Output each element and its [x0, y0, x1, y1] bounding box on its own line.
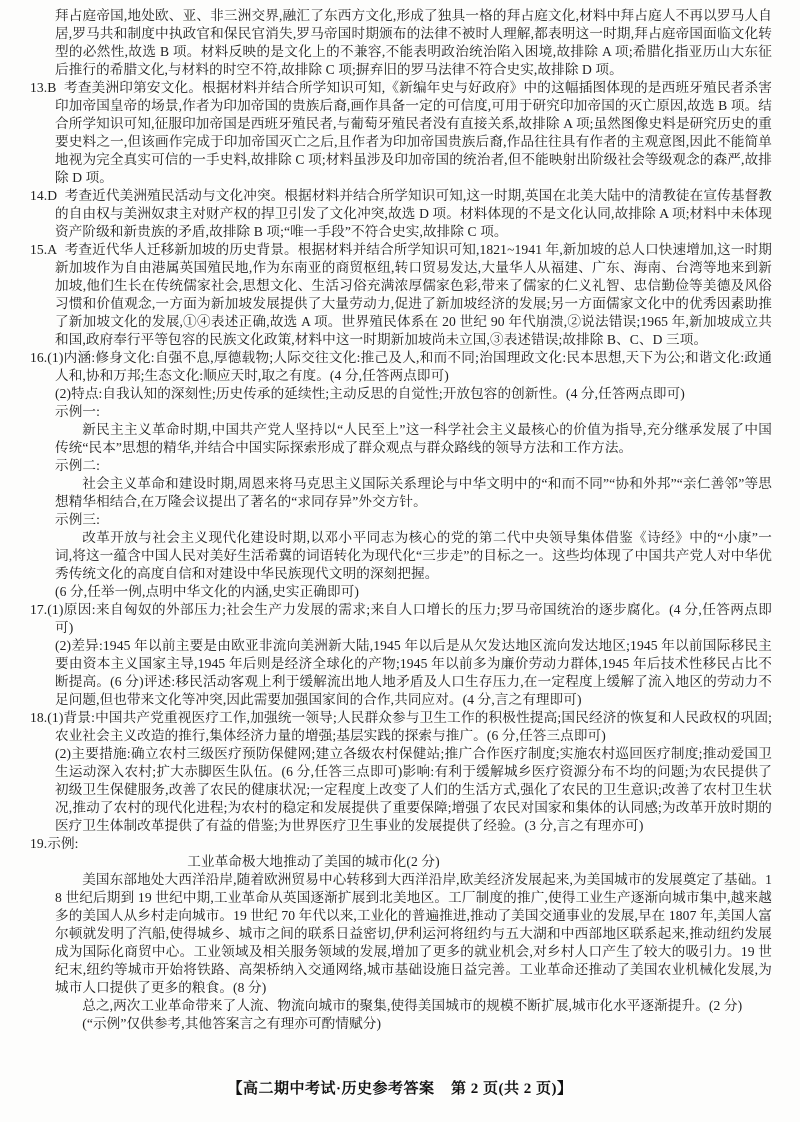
page-footer: 【高二期中考试·历史参考答案第 2 页(共 2 页)】 — [0, 1077, 800, 1098]
answer-item-14: 14.D考查近代美洲殖民活动与文化冲突。根据材料并结合所学知识可知,这一时期,英… — [30, 187, 772, 241]
footer-page-number: 第 2 页(共 2 页) — [451, 1081, 557, 1097]
document-page: 拜占庭帝国,地处欧、亚、非三洲交界,融汇了东西方文化,形成了独具一格的拜占庭文化… — [0, 0, 800, 1122]
answer-item-13: 13.B考查美洲印第安文化。根据材料并结合所学知识可知,《新编年史与好政府》中的… — [30, 79, 772, 187]
answer-item-17-part1: 17.(1)原因:来自匈奴的外部压力;社会生产力发展的需求;来自人口增长的压力;… — [30, 601, 772, 637]
answer-12-continuation: 拜占庭帝国,地处欧、亚、非三洲交界,融汇了东西方文化,形成了独具一格的拜占庭文化… — [30, 7, 772, 79]
answer-item-16-example2: 社会主义革命和建设时期,周恩来将马克思主义国际关系理论与中华文明中的“和而不同”… — [30, 475, 772, 511]
answer-item-19-essay-conclusion: 总之,两次工业革命带来了人流、物流向城市的聚集,使得美国城市的规模不断扩展,城市… — [30, 997, 772, 1015]
item-number: 18. — [30, 710, 47, 725]
answer-item-19-essay-title: 工业革命极大地推动了美国的城市化(2 分) — [30, 853, 772, 871]
item-number: 15.A — [30, 242, 57, 257]
answer-item-16-example3: 改革开放与社会主义现代化建设时期,以邓小平同志为核心的党的第二代中央领导集体借鉴… — [30, 529, 772, 583]
answer-item-16-example1: 新民主主义革命时期,中国共产党人坚持以“人民至上”这一科学社会主义最核心的价值为… — [30, 421, 772, 457]
answer-content: 拜占庭帝国,地处欧、亚、非三洲交界,融汇了东西方文化,形成了独具一格的拜占庭文化… — [30, 7, 772, 1033]
item-number: 14.D — [30, 188, 57, 203]
answer-item-17-part2: (2)差异:1945 年以前主要是由欧亚非流向美洲新大陆,1945 年以后是从欠… — [30, 637, 772, 709]
answer-item-16-example3-heading: 示例三: — [30, 511, 772, 529]
footer-exam-title: 高二期中考试 — [243, 1081, 336, 1097]
footer-subject-title: 历史参考答案 — [342, 1081, 435, 1097]
answer-item-18-part2: (2)主要措施:确立农村三级医疗预防保健网;建立各级农村保健站;推广合作医疗制度… — [30, 745, 772, 835]
answer-item-19-note: (“示例”仅供参考,其他答案言之有理亦可酌情赋分) — [30, 1015, 772, 1033]
answer-item-16-example2-heading: 示例二: — [30, 457, 772, 475]
answer-item-19-heading: 19.示例: — [30, 835, 772, 853]
answer-item-15: 15.A考查近代华人迁移新加坡的历史背景。根据材料并结合所学知识可知,1821~… — [30, 241, 772, 349]
answer-item-16-scoring-note: (6 分,任举一例,点明中华文化的内涵,史实正确即可) — [30, 583, 772, 601]
answer-item-16-example1-heading: 示例一: — [30, 403, 772, 421]
item-number: 19. — [30, 836, 47, 851]
answer-item-19-essay-body: 美国东部地处大西洋沿岸,随着欧洲贸易中心转移到大西洋沿岸,欧美经济发展起来,为美… — [30, 871, 772, 997]
item-number: 16. — [30, 350, 47, 365]
answer-item-16-part2: (2)特点:自我认知的深刻性;历史传承的延续性;主动反思的自觉性;开放包容的创新… — [30, 385, 772, 403]
footer-bracket-close: 】 — [557, 1081, 573, 1097]
answer-item-16-part1: 16.(1)内涵:修身文化:自强不息,厚德载物;人际交往文化:推己及人,和而不同… — [30, 349, 772, 385]
item-number: 17. — [30, 602, 47, 617]
footer-bracket-open: 【 — [227, 1081, 243, 1097]
answer-item-18-part1: 18.(1)背景:中国共产党重视医疗工作,加强统一领导;人民群众参与卫生工作的积… — [30, 709, 772, 745]
item-number: 13.B — [30, 80, 56, 95]
